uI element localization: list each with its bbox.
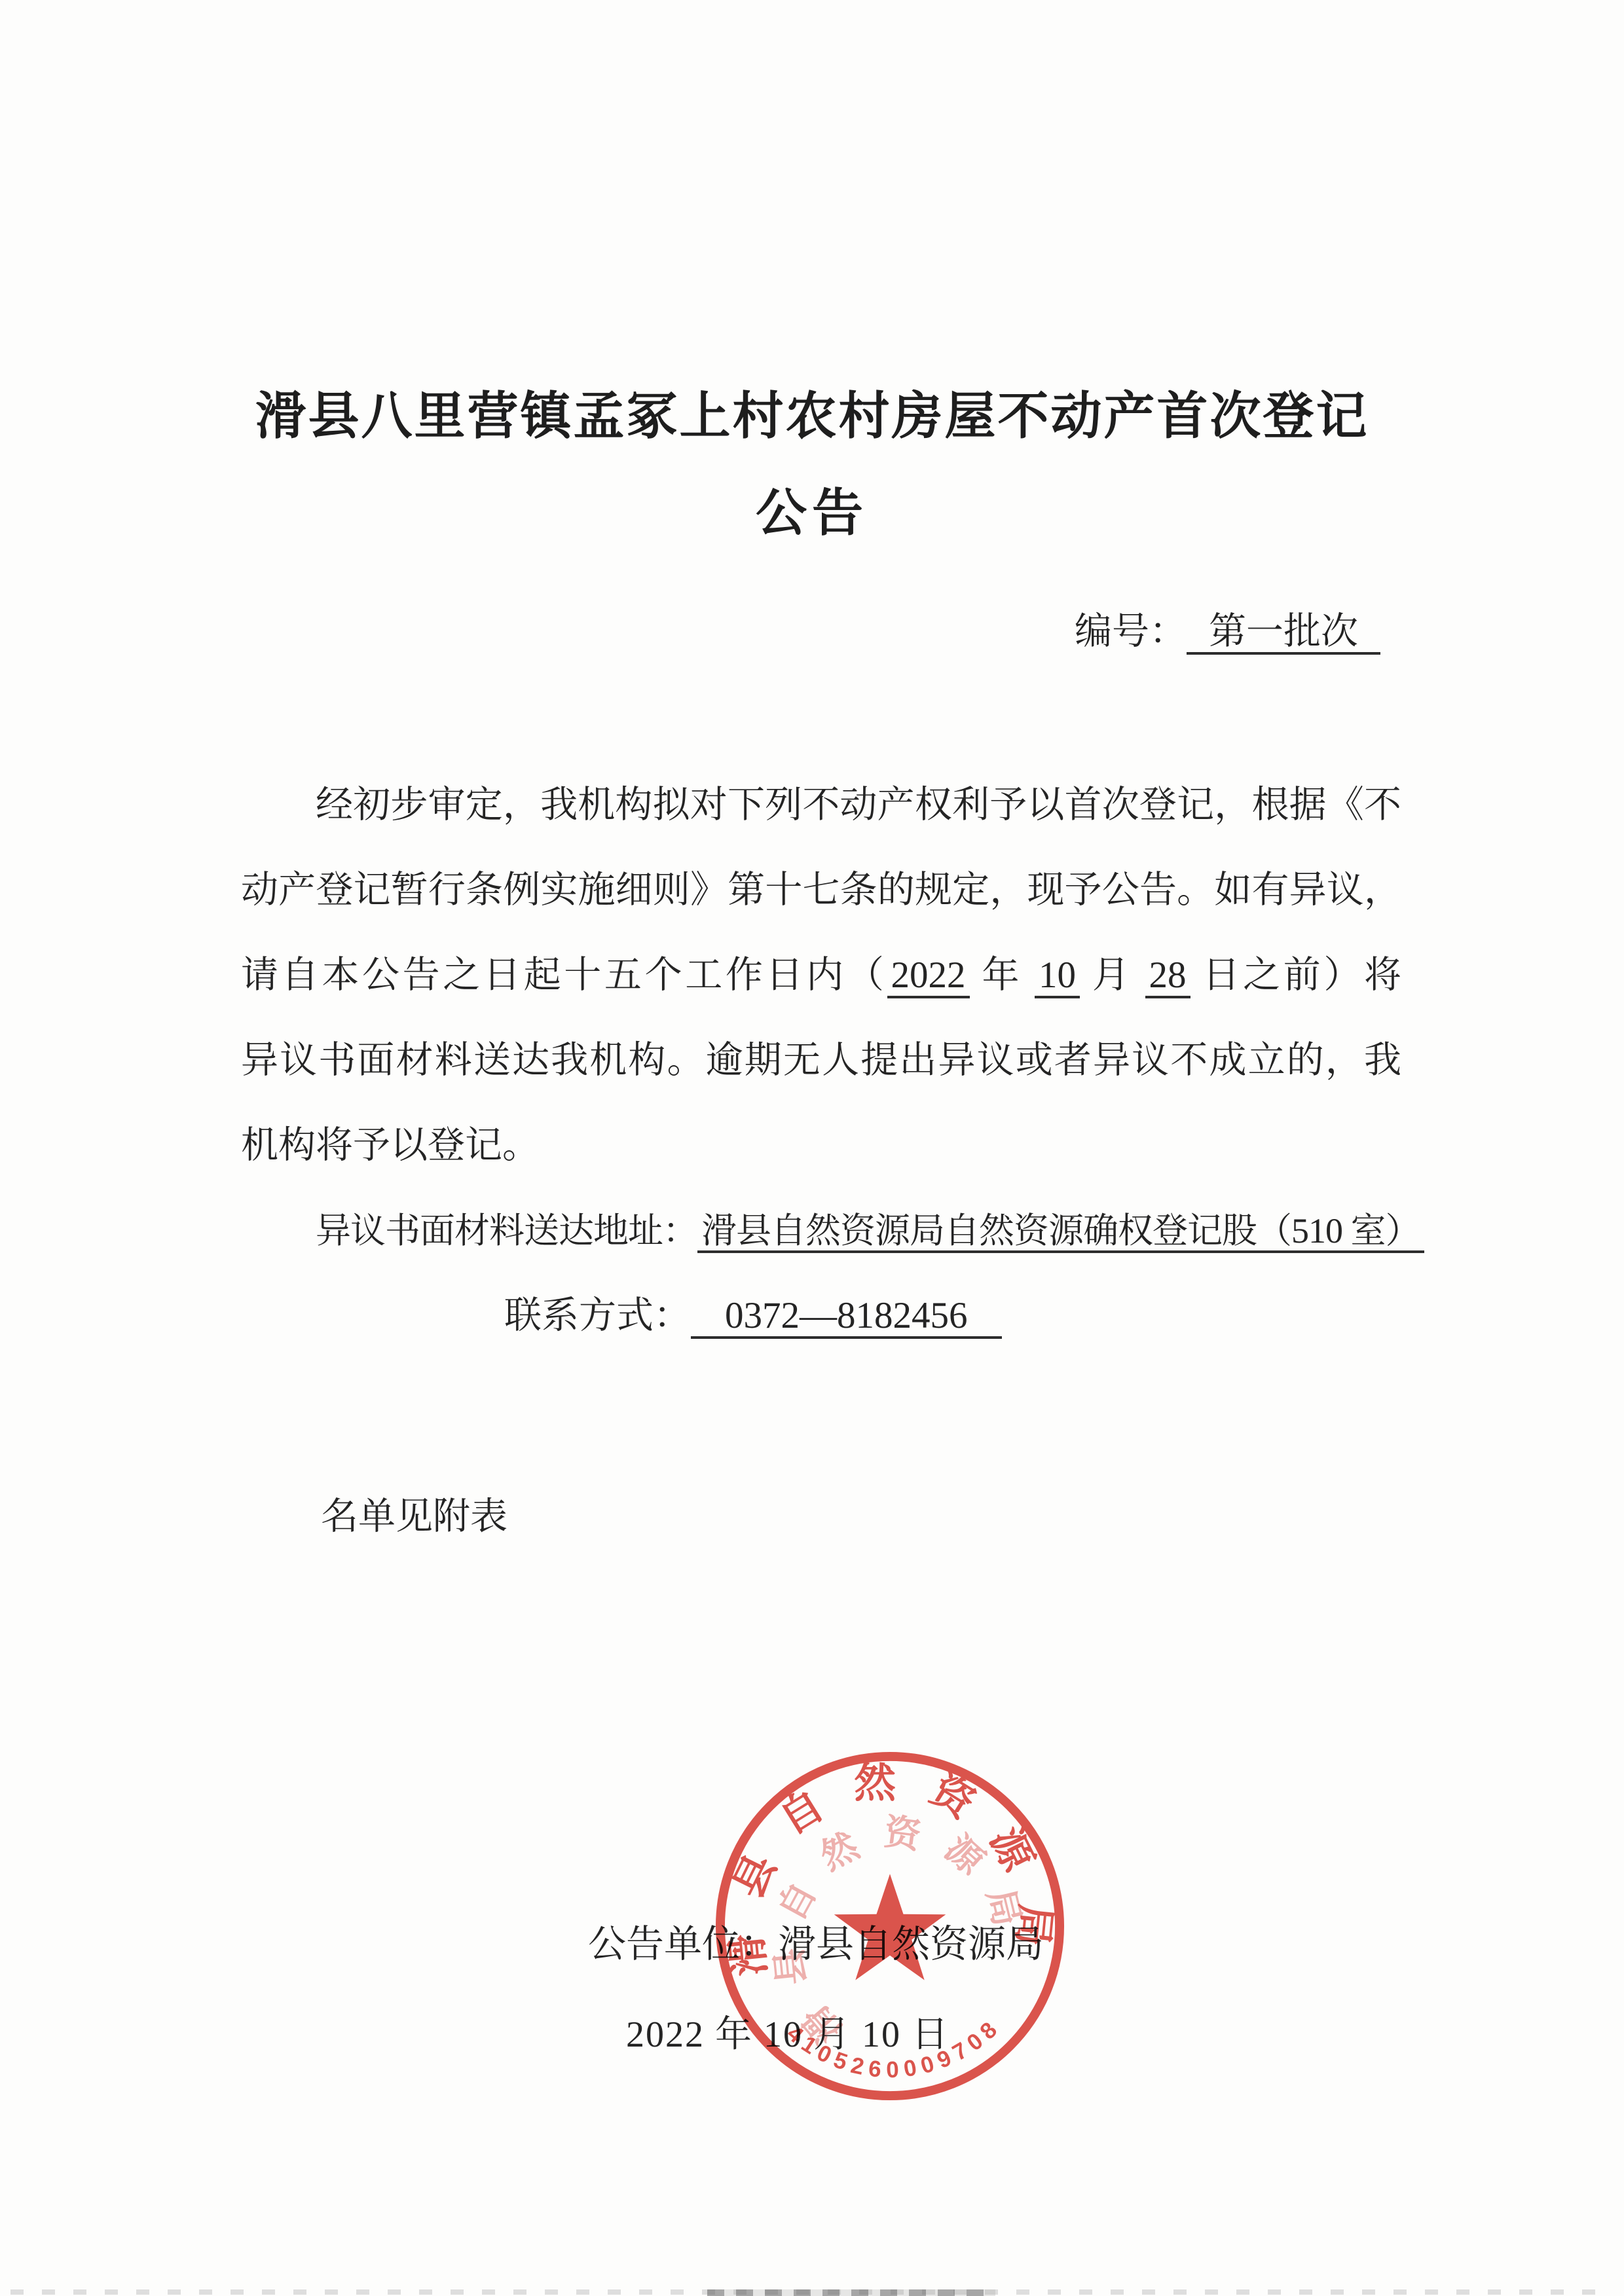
body-line-5: 机构将予以登记。 <box>241 1103 1401 1188</box>
underlined-value: 0372—8182456 <box>691 1295 1002 1339</box>
text-segment: 联系方式： <box>504 1295 691 1336</box>
document-title-line2: 公告 <box>0 480 1624 545</box>
underlined-value: 2022 <box>887 955 970 998</box>
text-segment: 异议书面材料送达地址： <box>316 1211 697 1250</box>
body-line-3: 请自本公告之日起十五个工作日内（2022 年 10 月 28 日之前）将 <box>241 933 1401 1018</box>
scan-artifact-strip-dark <box>707 2289 995 2296</box>
body-line-address: 异议书面材料送达地址：滑县自然资源局自然资源确权登记股（510 室） <box>241 1188 1401 1273</box>
underlined-value: 10 <box>1035 955 1080 998</box>
serial-value: 第一批次 <box>1187 610 1380 655</box>
official-seal: 滑县自然资源局 滑县自然资源局 4105260009708 <box>710 1747 1069 2105</box>
underlined-value: 28 <box>1145 955 1190 998</box>
serial-label: 编号： <box>1075 610 1187 652</box>
body-line-4: 异议书面材料送达我机构。逾期无人提出异议或者异议不成立的，我 <box>241 1018 1401 1103</box>
body-line-2: 动产登记暂行条例实施细则》第十七条的规定，现予公告。如有异议， <box>241 848 1401 933</box>
body-line-contact: 联系方式：0372—8182456 <box>241 1273 1401 1358</box>
serial-number-line: 编号：第一批次 <box>1075 608 1380 655</box>
body-paragraph: 经初步审定，我机构拟对下列不动产权利予以首次登记，根据《不 动产登记暂行条例实施… <box>241 763 1401 1358</box>
text-segment: 请自本公告之日起十五个工作日内（ <box>241 955 887 996</box>
text-segment: 年 <box>970 955 1035 996</box>
document-title-line1: 滑县八里营镇孟冢上村农村房屋不动产首次登记 <box>0 383 1624 448</box>
seal-star-icon <box>834 1874 946 1980</box>
body-line-1: 经初步审定，我机构拟对下列不动产权利予以首次登记，根据《不 <box>241 763 1401 848</box>
attachment-note: 名单见附表 <box>241 1487 507 1546</box>
underlined-value: 滑县自然资源局自然资源确权登记股（510 室） <box>697 1211 1424 1253</box>
announcement-page: 滑县八里营镇孟冢上村农村房屋不动产首次登记 公告 编号：第一批次 经初步审定，我… <box>0 0 1624 2296</box>
text-segment: 月 <box>1080 955 1145 996</box>
text-segment: 日之前）将 <box>1190 955 1402 996</box>
